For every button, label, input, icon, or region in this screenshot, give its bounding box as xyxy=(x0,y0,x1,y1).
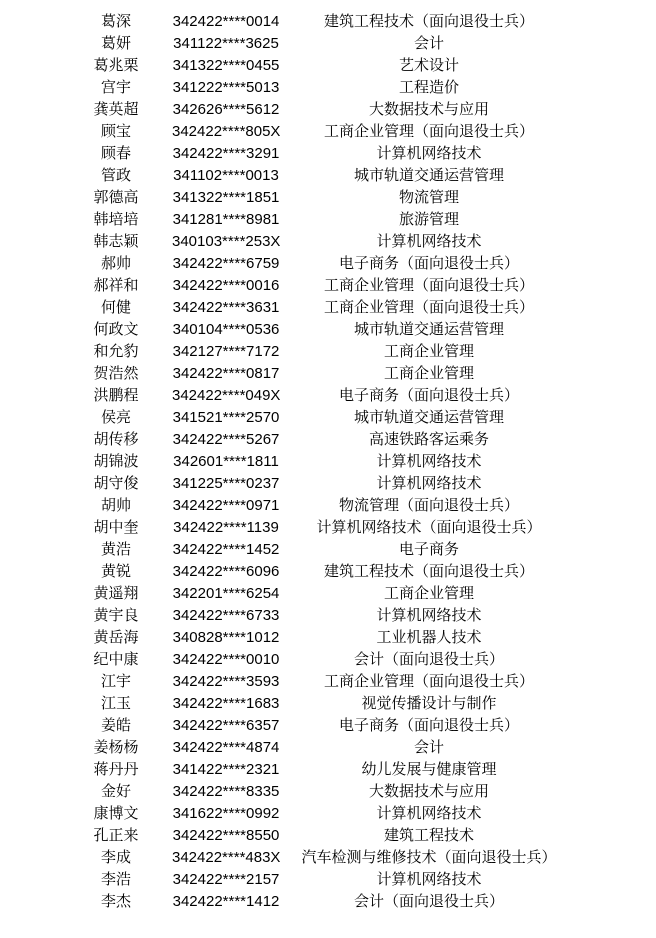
table-row: 姜杨杨 342422****4874 会计 xyxy=(60,737,656,759)
student-id-masked: 342422****4874 xyxy=(172,737,280,759)
table-row: 和允豹 342127****7172 工商企业管理 xyxy=(60,341,656,363)
admitted-major: 工商企业管理（面向退役士兵） xyxy=(280,121,578,143)
admitted-major: 工商企业管理 xyxy=(280,341,578,363)
table-row: 郝帅 342422****6759 电子商务（面向退役士兵） xyxy=(60,253,656,275)
student-name: 胡锦波 xyxy=(60,451,172,473)
table-row: 黄浩 342422****1452 电子商务 xyxy=(60,539,656,561)
admitted-major: 城市轨道交通运营管理 xyxy=(280,319,578,341)
admitted-major: 艺术设计 xyxy=(280,55,578,77)
admitted-major: 视觉传播设计与制作 xyxy=(280,693,578,715)
table-row: 李杰 342422****1412 会计（面向退役士兵） xyxy=(60,891,656,913)
student-name: 侯亮 xyxy=(60,407,172,429)
student-name: 李浩 xyxy=(60,869,172,891)
table-row: 贺浩然 342422****0817 工商企业管理 xyxy=(60,363,656,385)
student-id-masked: 342422****5267 xyxy=(172,429,280,451)
student-id-masked: 342422****8335 xyxy=(172,781,280,803)
table-row: 孔正来 342422****8550 建筑工程技术 xyxy=(60,825,656,847)
table-row: 黄锐 342422****6096 建筑工程技术（面向退役士兵） xyxy=(60,561,656,583)
roster-table: 葛深 342422****0014 建筑工程技术（面向退役士兵） 葛妍 3411… xyxy=(0,0,656,913)
admitted-major: 计算机网络技术 xyxy=(280,143,578,165)
student-name: 龚英超 xyxy=(60,99,172,121)
admitted-major: 计算机网络技术 xyxy=(280,451,578,473)
student-id-masked: 342422****1683 xyxy=(172,693,280,715)
table-row: 姜皓 342422****6357 电子商务（面向退役士兵） xyxy=(60,715,656,737)
admitted-major: 工商企业管理 xyxy=(280,583,578,605)
student-name: 李成 xyxy=(60,847,172,869)
student-id-masked: 342422****0014 xyxy=(172,11,280,33)
student-id-masked: 341622****0992 xyxy=(172,803,280,825)
student-name: 何政文 xyxy=(60,319,172,341)
student-name: 姜皓 xyxy=(60,715,172,737)
admitted-major: 工商企业管理（面向退役士兵） xyxy=(280,297,578,319)
table-row: 康博文 341622****0992 计算机网络技术 xyxy=(60,803,656,825)
student-name: 郝帅 xyxy=(60,253,172,275)
student-name: 管政 xyxy=(60,165,172,187)
student-id-masked: 341122****3625 xyxy=(172,33,280,55)
student-id-masked: 342626****5612 xyxy=(172,99,280,121)
table-row: 葛深 342422****0014 建筑工程技术（面向退役士兵） xyxy=(60,11,656,33)
student-id-masked: 340828****1012 xyxy=(172,627,280,649)
table-row: 顾宝 342422****805X 工商企业管理（面向退役士兵） xyxy=(60,121,656,143)
table-row: 韩培培 341281****8981 旅游管理 xyxy=(60,209,656,231)
student-id-masked: 342422****049X xyxy=(172,385,280,407)
student-id-masked: 341222****5013 xyxy=(172,77,280,99)
student-name: 郝祥和 xyxy=(60,275,172,297)
student-name: 康博文 xyxy=(60,803,172,825)
admitted-major: 会计 xyxy=(280,33,578,55)
admitted-major: 电子商务（面向退役士兵） xyxy=(280,253,578,275)
student-name: 葛深 xyxy=(60,11,172,33)
table-row: 李浩 342422****2157 计算机网络技术 xyxy=(60,869,656,891)
student-id-masked: 342422****0971 xyxy=(172,495,280,517)
admitted-major: 会计 xyxy=(280,737,578,759)
table-row: 江玉 342422****1683 视觉传播设计与制作 xyxy=(60,693,656,715)
table-row: 韩志颖 340103****253X 计算机网络技术 xyxy=(60,231,656,253)
table-row: 何政文 340104****0536 城市轨道交通运营管理 xyxy=(60,319,656,341)
admitted-major: 城市轨道交通运营管理 xyxy=(280,407,578,429)
table-row: 江宇 342422****3593 工商企业管理（面向退役士兵） xyxy=(60,671,656,693)
student-name: 金好 xyxy=(60,781,172,803)
student-id-masked: 342422****3291 xyxy=(172,143,280,165)
table-row: 何健 342422****3631 工商企业管理（面向退役士兵） xyxy=(60,297,656,319)
admitted-major: 物流管理 xyxy=(280,187,578,209)
admitted-major: 幼儿发展与健康管理 xyxy=(280,759,578,781)
admitted-major: 计算机网络技术 xyxy=(280,473,578,495)
table-row: 黄遥翔 342201****6254 工商企业管理 xyxy=(60,583,656,605)
student-id-masked: 341322****0455 xyxy=(172,55,280,77)
student-name: 纪中康 xyxy=(60,649,172,671)
student-id-masked: 342422****1452 xyxy=(172,539,280,561)
admission-list-page: 葛深 342422****0014 建筑工程技术（面向退役士兵） 葛妍 3411… xyxy=(0,0,656,938)
student-name: 姜杨杨 xyxy=(60,737,172,759)
admitted-major: 会计（面向退役士兵） xyxy=(280,649,578,671)
student-id-masked: 342422****1139 xyxy=(172,517,280,539)
admitted-major: 计算机网络技术 xyxy=(280,605,578,627)
student-name: 胡帅 xyxy=(60,495,172,517)
student-name: 江玉 xyxy=(60,693,172,715)
student-id-masked: 342422****6096 xyxy=(172,561,280,583)
student-name: 贺浩然 xyxy=(60,363,172,385)
student-name: 顾春 xyxy=(60,143,172,165)
admitted-major: 计算机网络技术（面向退役士兵） xyxy=(280,517,578,539)
table-row: 葛妍 341122****3625 会计 xyxy=(60,33,656,55)
table-row: 胡传移 342422****5267 高速铁路客运乘务 xyxy=(60,429,656,451)
student-id-masked: 341422****2321 xyxy=(172,759,280,781)
table-row: 胡锦波 342601****1811 计算机网络技术 xyxy=(60,451,656,473)
admitted-major: 电子商务（面向退役士兵） xyxy=(280,385,578,407)
student-name: 黄遥翔 xyxy=(60,583,172,605)
student-id-masked: 340103****253X xyxy=(172,231,280,253)
student-name: 韩志颖 xyxy=(60,231,172,253)
admitted-major: 计算机网络技术 xyxy=(280,803,578,825)
student-id-masked: 342422****0016 xyxy=(172,275,280,297)
admitted-major: 大数据技术与应用 xyxy=(280,99,578,121)
admitted-major: 工商企业管理（面向退役士兵） xyxy=(280,275,578,297)
student-name: 黄浩 xyxy=(60,539,172,561)
admitted-major: 建筑工程技术（面向退役士兵） xyxy=(280,11,578,33)
student-name: 孔正来 xyxy=(60,825,172,847)
table-row: 金好 342422****8335 大数据技术与应用 xyxy=(60,781,656,803)
student-name: 和允豹 xyxy=(60,341,172,363)
student-id-masked: 342127****7172 xyxy=(172,341,280,363)
student-name: 蒋丹丹 xyxy=(60,759,172,781)
table-row: 纪中康 342422****0010 会计（面向退役士兵） xyxy=(60,649,656,671)
student-name: 黄锐 xyxy=(60,561,172,583)
student-id-masked: 342422****483X xyxy=(172,847,280,869)
student-id-masked: 341102****0013 xyxy=(172,165,280,187)
student-id-masked: 341322****1851 xyxy=(172,187,280,209)
admitted-major: 旅游管理 xyxy=(280,209,578,231)
admitted-major: 汽车检测与维修技术（面向退役士兵） xyxy=(280,847,578,869)
student-name: 黄宇良 xyxy=(60,605,172,627)
student-id-masked: 342422****8550 xyxy=(172,825,280,847)
student-id-masked: 342601****1811 xyxy=(172,451,280,473)
admitted-major: 计算机网络技术 xyxy=(280,869,578,891)
student-id-masked: 341225****0237 xyxy=(172,473,280,495)
admitted-major: 计算机网络技术 xyxy=(280,231,578,253)
student-name: 胡中奎 xyxy=(60,517,172,539)
table-row: 管政 341102****0013 城市轨道交通运营管理 xyxy=(60,165,656,187)
admitted-major: 工业机器人技术 xyxy=(280,627,578,649)
table-row: 黄岳海 340828****1012 工业机器人技术 xyxy=(60,627,656,649)
admitted-major: 电子商务 xyxy=(280,539,578,561)
table-row: 蒋丹丹 341422****2321 幼儿发展与健康管理 xyxy=(60,759,656,781)
table-row: 李成 342422****483X 汽车检测与维修技术（面向退役士兵） xyxy=(60,847,656,869)
table-row: 胡帅 342422****0971 物流管理（面向退役士兵） xyxy=(60,495,656,517)
admitted-major: 工商企业管理 xyxy=(280,363,578,385)
table-row: 洪鹏程 342422****049X 电子商务（面向退役士兵） xyxy=(60,385,656,407)
student-id-masked: 340104****0536 xyxy=(172,319,280,341)
student-id-masked: 342422****3593 xyxy=(172,671,280,693)
student-id-masked: 341281****8981 xyxy=(172,209,280,231)
student-id-masked: 342422****0010 xyxy=(172,649,280,671)
student-name: 葛妍 xyxy=(60,33,172,55)
table-row: 胡中奎 342422****1139 计算机网络技术（面向退役士兵） xyxy=(60,517,656,539)
student-id-masked: 342422****6357 xyxy=(172,715,280,737)
student-name: 何健 xyxy=(60,297,172,319)
student-id-masked: 342422****6733 xyxy=(172,605,280,627)
admitted-major: 电子商务（面向退役士兵） xyxy=(280,715,578,737)
student-id-masked: 342422****0817 xyxy=(172,363,280,385)
student-name: 黄岳海 xyxy=(60,627,172,649)
admitted-major: 工程造价 xyxy=(280,77,578,99)
table-row: 龚英超 342626****5612 大数据技术与应用 xyxy=(60,99,656,121)
admitted-major: 高速铁路客运乘务 xyxy=(280,429,578,451)
student-name: 李杰 xyxy=(60,891,172,913)
table-row: 郭德高 341322****1851 物流管理 xyxy=(60,187,656,209)
admitted-major: 建筑工程技术（面向退役士兵） xyxy=(280,561,578,583)
student-id-masked: 342201****6254 xyxy=(172,583,280,605)
table-row: 侯亮 341521****2570 城市轨道交通运营管理 xyxy=(60,407,656,429)
admitted-major: 物流管理（面向退役士兵） xyxy=(280,495,578,517)
table-row: 顾春 342422****3291 计算机网络技术 xyxy=(60,143,656,165)
table-row: 郝祥和 342422****0016 工商企业管理（面向退役士兵） xyxy=(60,275,656,297)
student-id-masked: 342422****805X xyxy=(172,121,280,143)
student-id-masked: 341521****2570 xyxy=(172,407,280,429)
student-name: 胡传移 xyxy=(60,429,172,451)
student-name: 韩培培 xyxy=(60,209,172,231)
admitted-major: 城市轨道交通运营管理 xyxy=(280,165,578,187)
student-name: 顾宝 xyxy=(60,121,172,143)
student-id-masked: 342422****2157 xyxy=(172,869,280,891)
student-id-masked: 342422****3631 xyxy=(172,297,280,319)
student-name: 胡守俊 xyxy=(60,473,172,495)
student-name: 江宇 xyxy=(60,671,172,693)
admitted-major: 工商企业管理（面向退役士兵） xyxy=(280,671,578,693)
table-row: 葛兆栗 341322****0455 艺术设计 xyxy=(60,55,656,77)
admitted-major: 建筑工程技术 xyxy=(280,825,578,847)
table-row: 黄宇良 342422****6733 计算机网络技术 xyxy=(60,605,656,627)
admitted-major: 大数据技术与应用 xyxy=(280,781,578,803)
student-name: 葛兆栗 xyxy=(60,55,172,77)
student-name: 宫宇 xyxy=(60,77,172,99)
table-row: 宫宇 341222****5013 工程造价 xyxy=(60,77,656,99)
table-row: 胡守俊 341225****0237 计算机网络技术 xyxy=(60,473,656,495)
admitted-major: 会计（面向退役士兵） xyxy=(280,891,578,913)
student-id-masked: 342422****6759 xyxy=(172,253,280,275)
student-name: 洪鹏程 xyxy=(60,385,172,407)
student-name: 郭德高 xyxy=(60,187,172,209)
student-id-masked: 342422****1412 xyxy=(172,891,280,913)
